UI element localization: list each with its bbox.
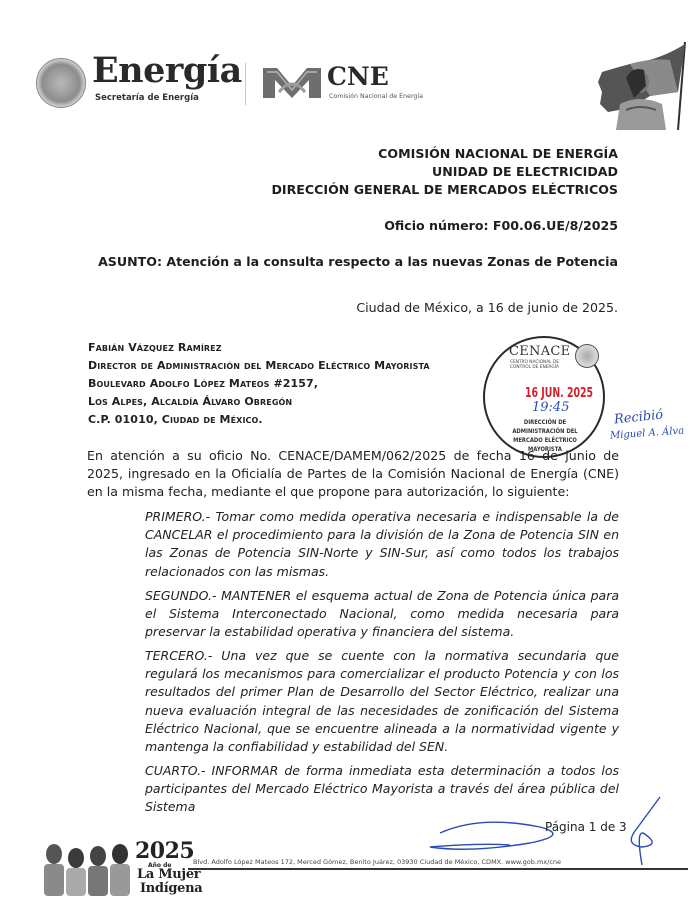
indigena: Indígena — [140, 881, 202, 896]
dependency-line-2: UNIDAD DE ELECTRICIDAD — [432, 164, 618, 179]
indigenous-women-illustration-icon — [40, 838, 132, 896]
cne-logo-icon — [263, 66, 321, 100]
stamp-time: 19:45 — [532, 400, 569, 415]
secretaria-subtitle: Secretaría de Energía — [95, 93, 199, 103]
handwritten-signature-icon — [410, 795, 680, 885]
recipient-address-2: Los Alpes, Alcaldía Álvaro Obregón — [88, 395, 292, 408]
item-segundo: SEGUNDO.- MANTENER el esquema actual de … — [145, 587, 619, 642]
year-2025: 2025 — [135, 838, 194, 864]
asunto: ASUNTO: Atención a la consulta respecto … — [98, 254, 618, 269]
page-number: Página 1 de 3 — [545, 820, 627, 834]
dependency-line-3: DIRECCIÓN GENERAL DE MERCADOS ELÉCTRICOS — [271, 182, 618, 197]
stamp-org-sub: CENTRO NACIONAL DE CONTROL DE ENERGÍA — [510, 360, 566, 370]
stamp-seal-icon — [575, 344, 599, 368]
oficio-number: Oficio número: F00.06.UE/8/2025 — [384, 218, 618, 233]
recipient-name: Fabián Vázquez Ramírez — [88, 341, 222, 354]
footer-address: Blvd. Adolfo López Mateos 172, Merced Gó… — [193, 858, 561, 866]
footer-divider — [188, 868, 688, 870]
secretaria-title: Energía — [92, 50, 242, 91]
cne-subtitle: Comisión Nacional de Energía — [329, 93, 423, 100]
recipient-address-3: C.P. 01010, Ciudad de México. — [88, 413, 263, 426]
recipient-address-1: Boulevard Adolfo López Mateos #2157, — [88, 377, 318, 390]
received-note: Recibió — [613, 407, 664, 427]
dependency-line-1: COMISIÓN NACIONAL DE ENERGÍA — [378, 146, 618, 161]
item-tercero: TERCERO.- Una vez que se cuente con la n… — [145, 647, 619, 756]
mexico-coat-of-arms-icon — [36, 58, 86, 108]
received-by: Miguel A. Álva — [610, 425, 685, 441]
recipient-title: Director de Administración del Mercado E… — [88, 359, 430, 372]
intro-paragraph: En atención a su oficio No. CENACE/DAMEM… — [87, 447, 619, 501]
woman-with-flag-illustration-icon — [590, 30, 690, 130]
stamp-org: CENACE — [509, 344, 570, 359]
place-date: Ciudad de México, a 16 de junio de 2025. — [356, 300, 618, 315]
header-divider — [245, 63, 246, 105]
stamp-date: 16 JUN. 2025 — [525, 386, 593, 401]
item-primero: PRIMERO.- Tomar como medida operativa ne… — [145, 508, 619, 581]
cne-title: CNE — [327, 62, 389, 91]
